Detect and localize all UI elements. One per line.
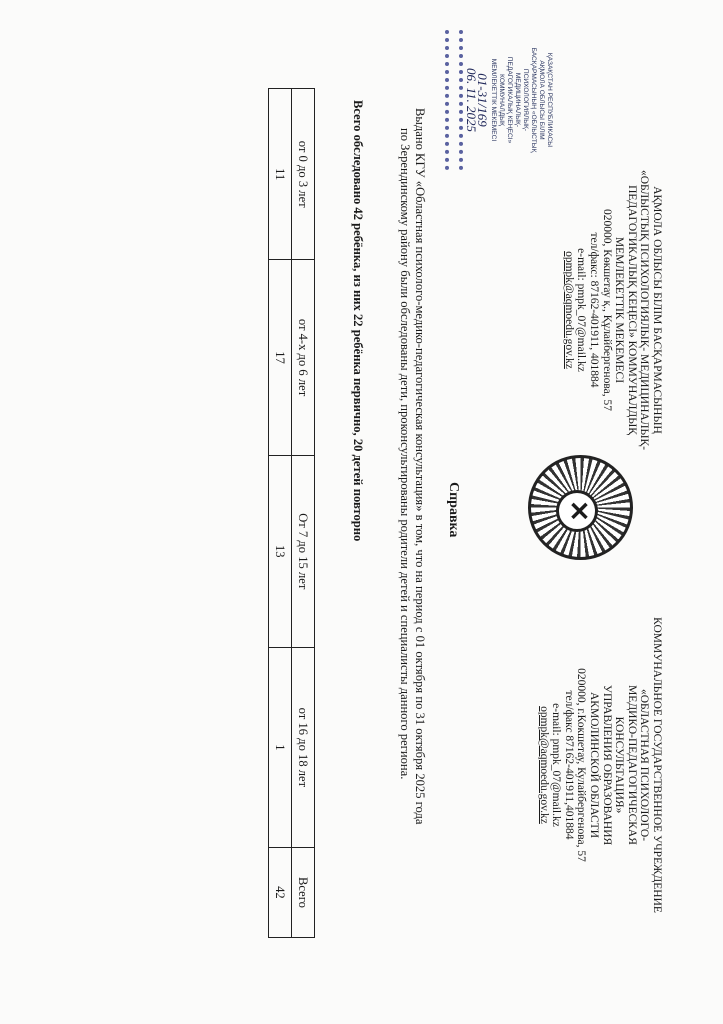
table-cell: 1 bbox=[269, 647, 292, 847]
stamp-number: 01-31/169 bbox=[478, 30, 486, 170]
stamp-line: ПСИХОЛОГИЯЛЫҚ- bbox=[521, 30, 529, 170]
summary-line: Всего обследовано 42 ребёнка, из них 22 … bbox=[350, 100, 365, 541]
stamp-line: БАСҚАРМАСЫНЫҢ «ОБЛЫСТЫҚ bbox=[529, 30, 537, 170]
header-line: УПРАВЛЕНИЯ ОБРАЗОВАНИЯ bbox=[600, 600, 613, 930]
header-line: e-mail: pmpk_07@mail.kz bbox=[550, 600, 563, 930]
stamp-border bbox=[445, 30, 463, 170]
header-line: 020000, г.Кокшетау, Кулайбергенова, 57 bbox=[575, 600, 588, 930]
stats-table: от 0 до 3 лет от 4-х до 6 лет От 7 до 15… bbox=[268, 88, 315, 938]
table-header-cell: от 0 до 3 лет bbox=[292, 89, 315, 260]
header-line: ПЕДАГОГИКАЛЫҚ КЕҢЕСІ» КОММУНАЛДЫҚ bbox=[625, 150, 638, 470]
table-cell: 17 bbox=[269, 260, 292, 455]
table-header-cell: от 16 до 18 лет bbox=[292, 647, 315, 847]
header-line: АҚМОЛА ОБЛЫСЫ БІЛІМ БАСҚАРМАСЫНЫҢ bbox=[650, 150, 663, 470]
body-paragraph-2: по Зерендинскому району были обследованы… bbox=[397, 108, 412, 938]
header-line: КОНСУЛЬТАЦИЯ» bbox=[613, 600, 626, 930]
email-link[interactable]: opmpk@aqmoedu.gov.kz bbox=[562, 150, 575, 470]
header-line: тел/факс 87162-401911,401884 bbox=[562, 600, 575, 930]
table-header-cell: от 4-х до 6 лет bbox=[292, 260, 315, 455]
header-line: e-mail: pmpk_07@mail.kz bbox=[575, 150, 588, 470]
stamp-line: МЕДИЦИНАЛЫҚ- bbox=[513, 30, 521, 170]
table-cell: 11 bbox=[269, 89, 292, 260]
table-cell: 42 bbox=[269, 847, 292, 937]
stamp-line: ҚАЗАҚСТАН РЕСПУБЛИКАСЫ bbox=[545, 30, 553, 170]
table-header-cell: От 7 до 15 лет bbox=[292, 455, 315, 647]
document-body: Выдано КГУ «Областная психолого-медико-п… bbox=[397, 108, 427, 938]
email-link[interactable]: opmpk@aqmoedu.gov.kz bbox=[537, 600, 550, 930]
document-title: Справка bbox=[445, 482, 461, 537]
stamp-date: 06. 11. 2025 bbox=[467, 30, 475, 170]
document-page: АҚМОЛА ОБЛЫСЫ БІЛІМ БАСҚАРМАСЫНЫҢ «ОБЛЫС… bbox=[0, 0, 723, 1024]
header-line: «ОБЛАСТНАЯ ПСИХОЛОГО- bbox=[638, 600, 651, 930]
body-paragraph-1: Выдано КГУ «Областная психолого-медико-п… bbox=[412, 108, 427, 938]
header-russian: КОММУНАЛЬНОЕ ГОСУДАРСТВЕННОЕ УЧРЕЖДЕНИЕ … bbox=[537, 600, 663, 930]
registration-stamp: ҚАЗАҚСТАН РЕСПУБЛИКАСЫ АҚМОЛА ОБЛЫСЫ БІЛ… bbox=[433, 30, 553, 170]
header-line: тел/факс: 87162-401911, 401884 bbox=[587, 150, 600, 470]
state-emblem-icon: ✕ bbox=[528, 455, 633, 560]
stamp-line: МЕМЛЕКЕТТІК МЕКЕМЕСІ bbox=[489, 30, 497, 170]
header-kazakh: АҚМОЛА ОБЛЫСЫ БІЛІМ БАСҚАРМАСЫНЫҢ «ОБЛЫС… bbox=[562, 150, 663, 470]
table-header-row: от 0 до 3 лет от 4-х до 6 лет От 7 до 15… bbox=[292, 89, 315, 938]
stamp-line: КОММУНАЛДЫҚ bbox=[497, 30, 505, 170]
header-line: МЕМЛЕКЕТТІК МЕКЕМЕСІ bbox=[613, 150, 626, 470]
header-line: АКМОЛИНСКОЙ ОБЛАСТИ bbox=[587, 600, 600, 930]
stamp-line: ПЕДАГОГИКАЛЫҚ КЕҢЕСІ» bbox=[505, 30, 513, 170]
header-line: 020000, Көкшетау қ., Құлайбергенова, 57 bbox=[600, 150, 613, 470]
header-line: «ОБЛЫСТЫҚ ПСИХОЛОГИЯЛЫҚ- МЕДИЦИНАЛЫҚ- bbox=[638, 150, 651, 470]
stamp-line: АҚМОЛА ОБЛЫСЫ БІЛІМ bbox=[537, 30, 545, 170]
header-line: МЕДИКО-ПЕДАГОГИЧЕСКАЯ bbox=[625, 600, 638, 930]
table-cell: 13 bbox=[269, 455, 292, 647]
header-line: КОММУНАЛЬНОЕ ГОСУДАРСТВЕННОЕ УЧРЕЖДЕНИЕ bbox=[650, 600, 663, 930]
table-header-cell: Всего bbox=[292, 847, 315, 937]
table-row: 11 17 13 1 42 bbox=[269, 89, 292, 938]
